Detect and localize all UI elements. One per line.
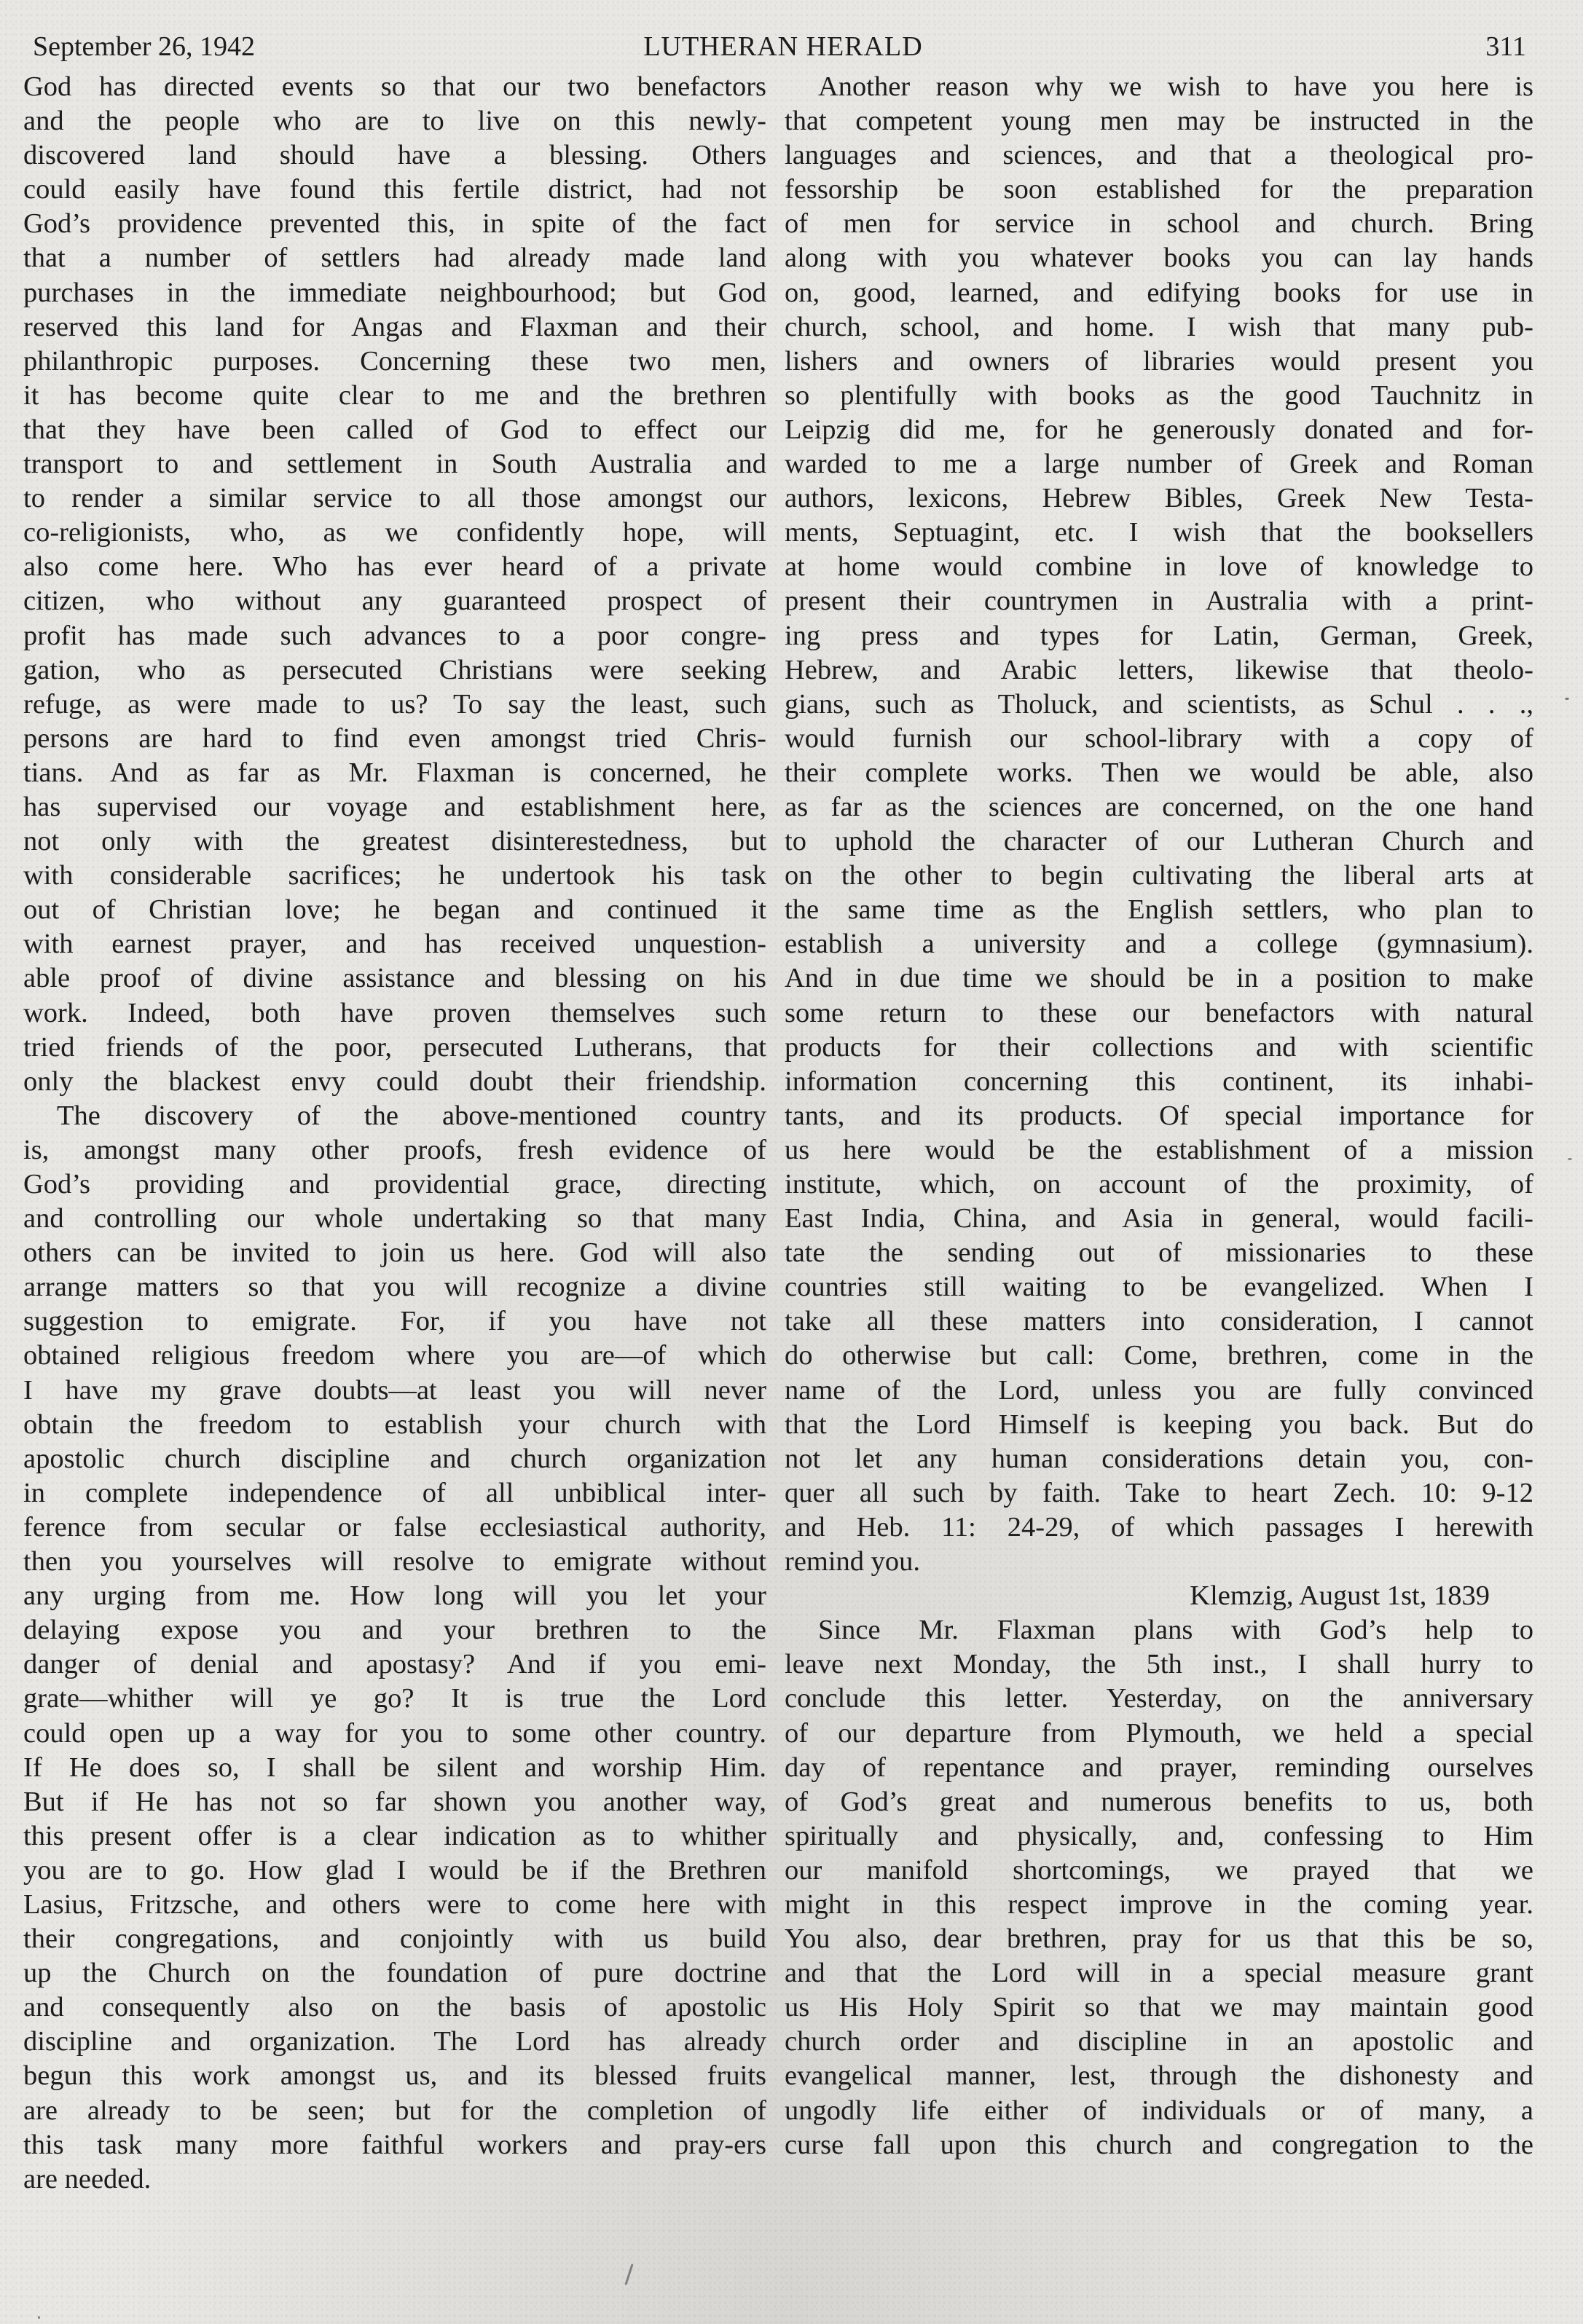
text-line: profit has made such advances to a poor … — [23, 619, 766, 653]
text-line: begun this work amongst us, and its bles… — [23, 2059, 766, 2093]
text-line: persons are hard to find even amongst tr… — [23, 722, 766, 756]
text-line: You also, dear brethren, pray for us tha… — [785, 1922, 1533, 1956]
text-line: tate the sending out of missionaries to … — [785, 1236, 1533, 1270]
text-line: has supervised our voyage and establishm… — [23, 790, 766, 824]
text-line: Since Mr. Flaxman plans with God’s help … — [785, 1613, 1533, 1647]
text-line: that they have been called of God to eff… — [23, 413, 766, 447]
text-line: us His Holy Spirit so that we may mainta… — [785, 1990, 1533, 2025]
text-line: so plentifully with books as the good Ta… — [785, 379, 1533, 413]
text-line: spiritually and physically, and, confess… — [785, 1819, 1533, 1854]
text-line: quer all such by faith. Take to heart Ze… — [785, 1476, 1533, 1510]
text-line: also come here. Who has ever heard of a … — [23, 550, 766, 584]
text-line: discovered land should have a blessing. … — [23, 138, 766, 173]
text-line: as far as the sciences are concerned, on… — [785, 790, 1533, 824]
text-line: with considerable sacrifices; he underto… — [23, 859, 766, 893]
text-line: But if He has not so far shown you anoth… — [23, 1785, 766, 1819]
text-line: work. Indeed, both have proven themselve… — [23, 996, 766, 1031]
text-line: would furnish our school-library with a … — [785, 722, 1533, 756]
letter-dateline: Klemzig, August 1st, 1839 — [785, 1579, 1533, 1613]
text-line: that a number of settlers had already ma… — [23, 241, 766, 275]
text-line: obtained religious freedom where you are… — [23, 1339, 766, 1373]
text-line: could easily have found this fertile dis… — [23, 173, 766, 207]
text-line: ference from secular or false ecclesiast… — [23, 1510, 766, 1545]
text-line: able proof of divine assistance and bles… — [23, 961, 766, 996]
text-line: Hebrew, and Arabic letters, likewise tha… — [785, 653, 1533, 688]
text-line: might in this respect improve in the com… — [785, 1888, 1533, 1922]
text-line: God has directed events so that our two … — [23, 70, 766, 104]
page-header: September 26, 1942 LUTHERAN HERALD 311 — [33, 25, 1533, 68]
print-speck — [1568, 1158, 1572, 1160]
text-line: not let any human considerations detain … — [785, 1442, 1533, 1476]
text-line: authors, lexicons, Hebrew Bibles, Greek … — [785, 481, 1533, 516]
text-line: institute, which, on account of the prox… — [785, 1167, 1533, 1202]
text-line: products for their collections and with … — [785, 1031, 1533, 1065]
text-line: to uphold the character of our Lutheran … — [785, 824, 1533, 859]
text-line: that competent young men may be instruct… — [785, 104, 1533, 138]
text-line: countries still waiting to be evangelize… — [785, 1270, 1533, 1304]
text-line: East India, China, and Asia in general, … — [785, 1202, 1533, 1236]
text-line: are already to be seen; but for the comp… — [23, 2094, 766, 2128]
right-column: Another reason why we wish to have you h… — [785, 70, 1533, 2162]
text-line: tants, and its products. Of special impo… — [785, 1099, 1533, 1133]
text-line: some return to these our benefactors wit… — [785, 996, 1533, 1031]
text-line: ments, Septuagint, etc. I wish that the … — [785, 516, 1533, 550]
text-line: Lasius, Fritzsche, and others were to co… — [23, 1888, 766, 1922]
text-line: then you yourselves will resolve to emig… — [23, 1545, 766, 1579]
text-line: others can be invited to join us here. G… — [23, 1236, 766, 1270]
newspaper-page: September 26, 1942 LUTHERAN HERALD 311 G… — [0, 0, 1583, 2324]
text-line: delaying expose you and your brethren to… — [23, 1613, 766, 1647]
text-line: their complete works. Then we would be a… — [785, 756, 1533, 790]
text-line: that the Lord Himself is keeping you bac… — [785, 1408, 1533, 1442]
text-line: and controlling our whole undertaking so… — [23, 1202, 766, 1236]
text-line: you are to go. How glad I would be if th… — [23, 1854, 766, 1888]
text-line: tians. And as far as Mr. Flaxman is conc… — [23, 756, 766, 790]
text-line: arrange matters so that you will recogni… — [23, 1270, 766, 1304]
text-line: languages and sciences, and that a theol… — [785, 138, 1533, 173]
text-line: is, amongst many other proofs, fresh evi… — [23, 1133, 766, 1167]
text-line: at home would combine in love of knowled… — [785, 550, 1533, 584]
text-line: only the blackest envy could doubt their… — [23, 1065, 766, 1099]
text-line: up the Church on the foundation of pure … — [23, 1956, 766, 1990]
text-line: Leipzig did me, for he generously donate… — [785, 413, 1533, 447]
text-line: day of repentance and prayer, reminding … — [785, 1751, 1533, 1785]
text-line: their congregations, and conjointly with… — [23, 1922, 766, 1956]
text-line: gians, such as Tholuck, and scientists, … — [785, 688, 1533, 722]
text-line: are needed. — [23, 2162, 766, 2197]
text-line: suggestion to emigrate. For, if you have… — [23, 1304, 766, 1339]
text-line: warded to me a large number of Greek and… — [785, 447, 1533, 481]
text-line: this task many more faithful workers and… — [23, 2128, 766, 2162]
text-line: with earnest prayer, and has received un… — [23, 927, 766, 961]
text-line: citizen, who without any guaranteed pros… — [23, 584, 766, 618]
text-line: not only with the greatest disinterested… — [23, 824, 766, 859]
text-line: fessorship be soon established for the p… — [785, 173, 1533, 207]
text-line: discipline and organization. The Lord ha… — [23, 2025, 766, 2059]
text-line: and that the Lord will in a special meas… — [785, 1956, 1533, 1990]
text-line: reserved this land for Angas and Flaxman… — [23, 310, 766, 344]
print-speck — [1565, 698, 1569, 700]
text-line: God’s providing and providential grace, … — [23, 1167, 766, 1202]
text-line: present their countrymen in Australia wi… — [785, 584, 1533, 618]
text-line: And in due time we should be in a positi… — [785, 961, 1533, 996]
text-line: church, school, and home. I wish that ma… — [785, 310, 1533, 344]
text-line: this present offer is a clear indication… — [23, 1819, 766, 1854]
left-column: God has directed events so that our two … — [23, 70, 766, 2197]
publication-title: LUTHERAN HERALD — [33, 25, 1533, 68]
text-line: leave next Monday, the 5th inst., I shal… — [785, 1647, 1533, 1682]
text-line: purchases in the immediate neighbourhood… — [23, 276, 766, 310]
text-line: evangelical manner, lest, through the di… — [785, 2059, 1533, 2093]
text-line: obtain the freedom to establish your chu… — [23, 1408, 766, 1442]
text-line: tried friends of the poor, persecuted Lu… — [23, 1031, 766, 1065]
text-line: along with you whatever books you can la… — [785, 241, 1533, 275]
page-number: 311 — [1485, 25, 1526, 68]
text-line: establish a university and a college (gy… — [785, 927, 1533, 961]
print-speck — [38, 2316, 40, 2319]
text-line: and the people who are to live on this n… — [23, 104, 766, 138]
text-line: co-religionists, who, as we confidently … — [23, 516, 766, 550]
text-line: transport to and settlement in South Aus… — [23, 447, 766, 481]
text-line: and Heb. 11: 24-29, of which passages I … — [785, 1510, 1533, 1545]
text-line: Another reason why we wish to have you h… — [785, 70, 1533, 104]
text-line: ungodly life either of individuals or of… — [785, 2094, 1533, 2128]
text-line: and consequently also on the basis of ap… — [23, 1990, 766, 2025]
text-line: of our departure from Plymouth, we held … — [785, 1717, 1533, 1751]
text-line: lishers and owners of libraries would pr… — [785, 344, 1533, 379]
text-line: philanthropic purposes. Concerning these… — [23, 344, 766, 379]
text-line: on the other to begin cultivating the li… — [785, 859, 1533, 893]
text-line: any urging from me. How long will you le… — [23, 1579, 766, 1613]
text-line: the same time as the English settlers, w… — [785, 893, 1533, 927]
text-line: danger of denial and apostasy? And if yo… — [23, 1647, 766, 1682]
text-line: could open up a way for you to some othe… — [23, 1717, 766, 1751]
text-line: apostolic church discipline and church o… — [23, 1442, 766, 1476]
text-line: to render a similar service to all those… — [23, 481, 766, 516]
text-line: refuge, as were made to us? To say the l… — [23, 688, 766, 722]
text-line: name of the Lord, unless you are fully c… — [785, 1374, 1533, 1408]
text-line: out of Christian love; he began and cont… — [23, 893, 766, 927]
text-line: gation, who as persecuted Christians wer… — [23, 653, 766, 688]
text-line: curse fall upon this church and congrega… — [785, 2128, 1533, 2162]
text-line: take all these matters into consideratio… — [785, 1304, 1533, 1339]
text-line: conclude this letter. Yesterday, on the … — [785, 1682, 1533, 1716]
text-line: If He does so, I shall be silent and wor… — [23, 1751, 766, 1785]
text-line: The discovery of the above-mentioned cou… — [23, 1099, 766, 1133]
text-line: of God’s great and numerous benefits to … — [785, 1785, 1533, 1819]
text-line: on, good, learned, and edifying books fo… — [785, 276, 1533, 310]
text-line: God’s providence prevented this, in spit… — [23, 207, 766, 241]
text-line: it has become quite clear to me and the … — [23, 379, 766, 413]
text-line: remind you. — [785, 1545, 1533, 1579]
text-line: information concerning this continent, i… — [785, 1065, 1533, 1099]
text-line: church order and discipline in an aposto… — [785, 2025, 1533, 2059]
text-line: grate—whither will ye go? It is true the… — [23, 1682, 766, 1716]
text-line: ing press and types for Latin, German, G… — [785, 619, 1533, 653]
print-speck — [624, 2264, 633, 2285]
text-line: our manifold shortcomings, we prayed tha… — [785, 1854, 1533, 1888]
text-line: do otherwise but call: Come, brethren, c… — [785, 1339, 1533, 1373]
text-line: I have my grave doubts—at least you will… — [23, 1374, 766, 1408]
text-line: in complete independence of all unbiblic… — [23, 1476, 766, 1510]
text-line: of men for service in school and church.… — [785, 207, 1533, 241]
text-line: us here would be the establishment of a … — [785, 1133, 1533, 1167]
